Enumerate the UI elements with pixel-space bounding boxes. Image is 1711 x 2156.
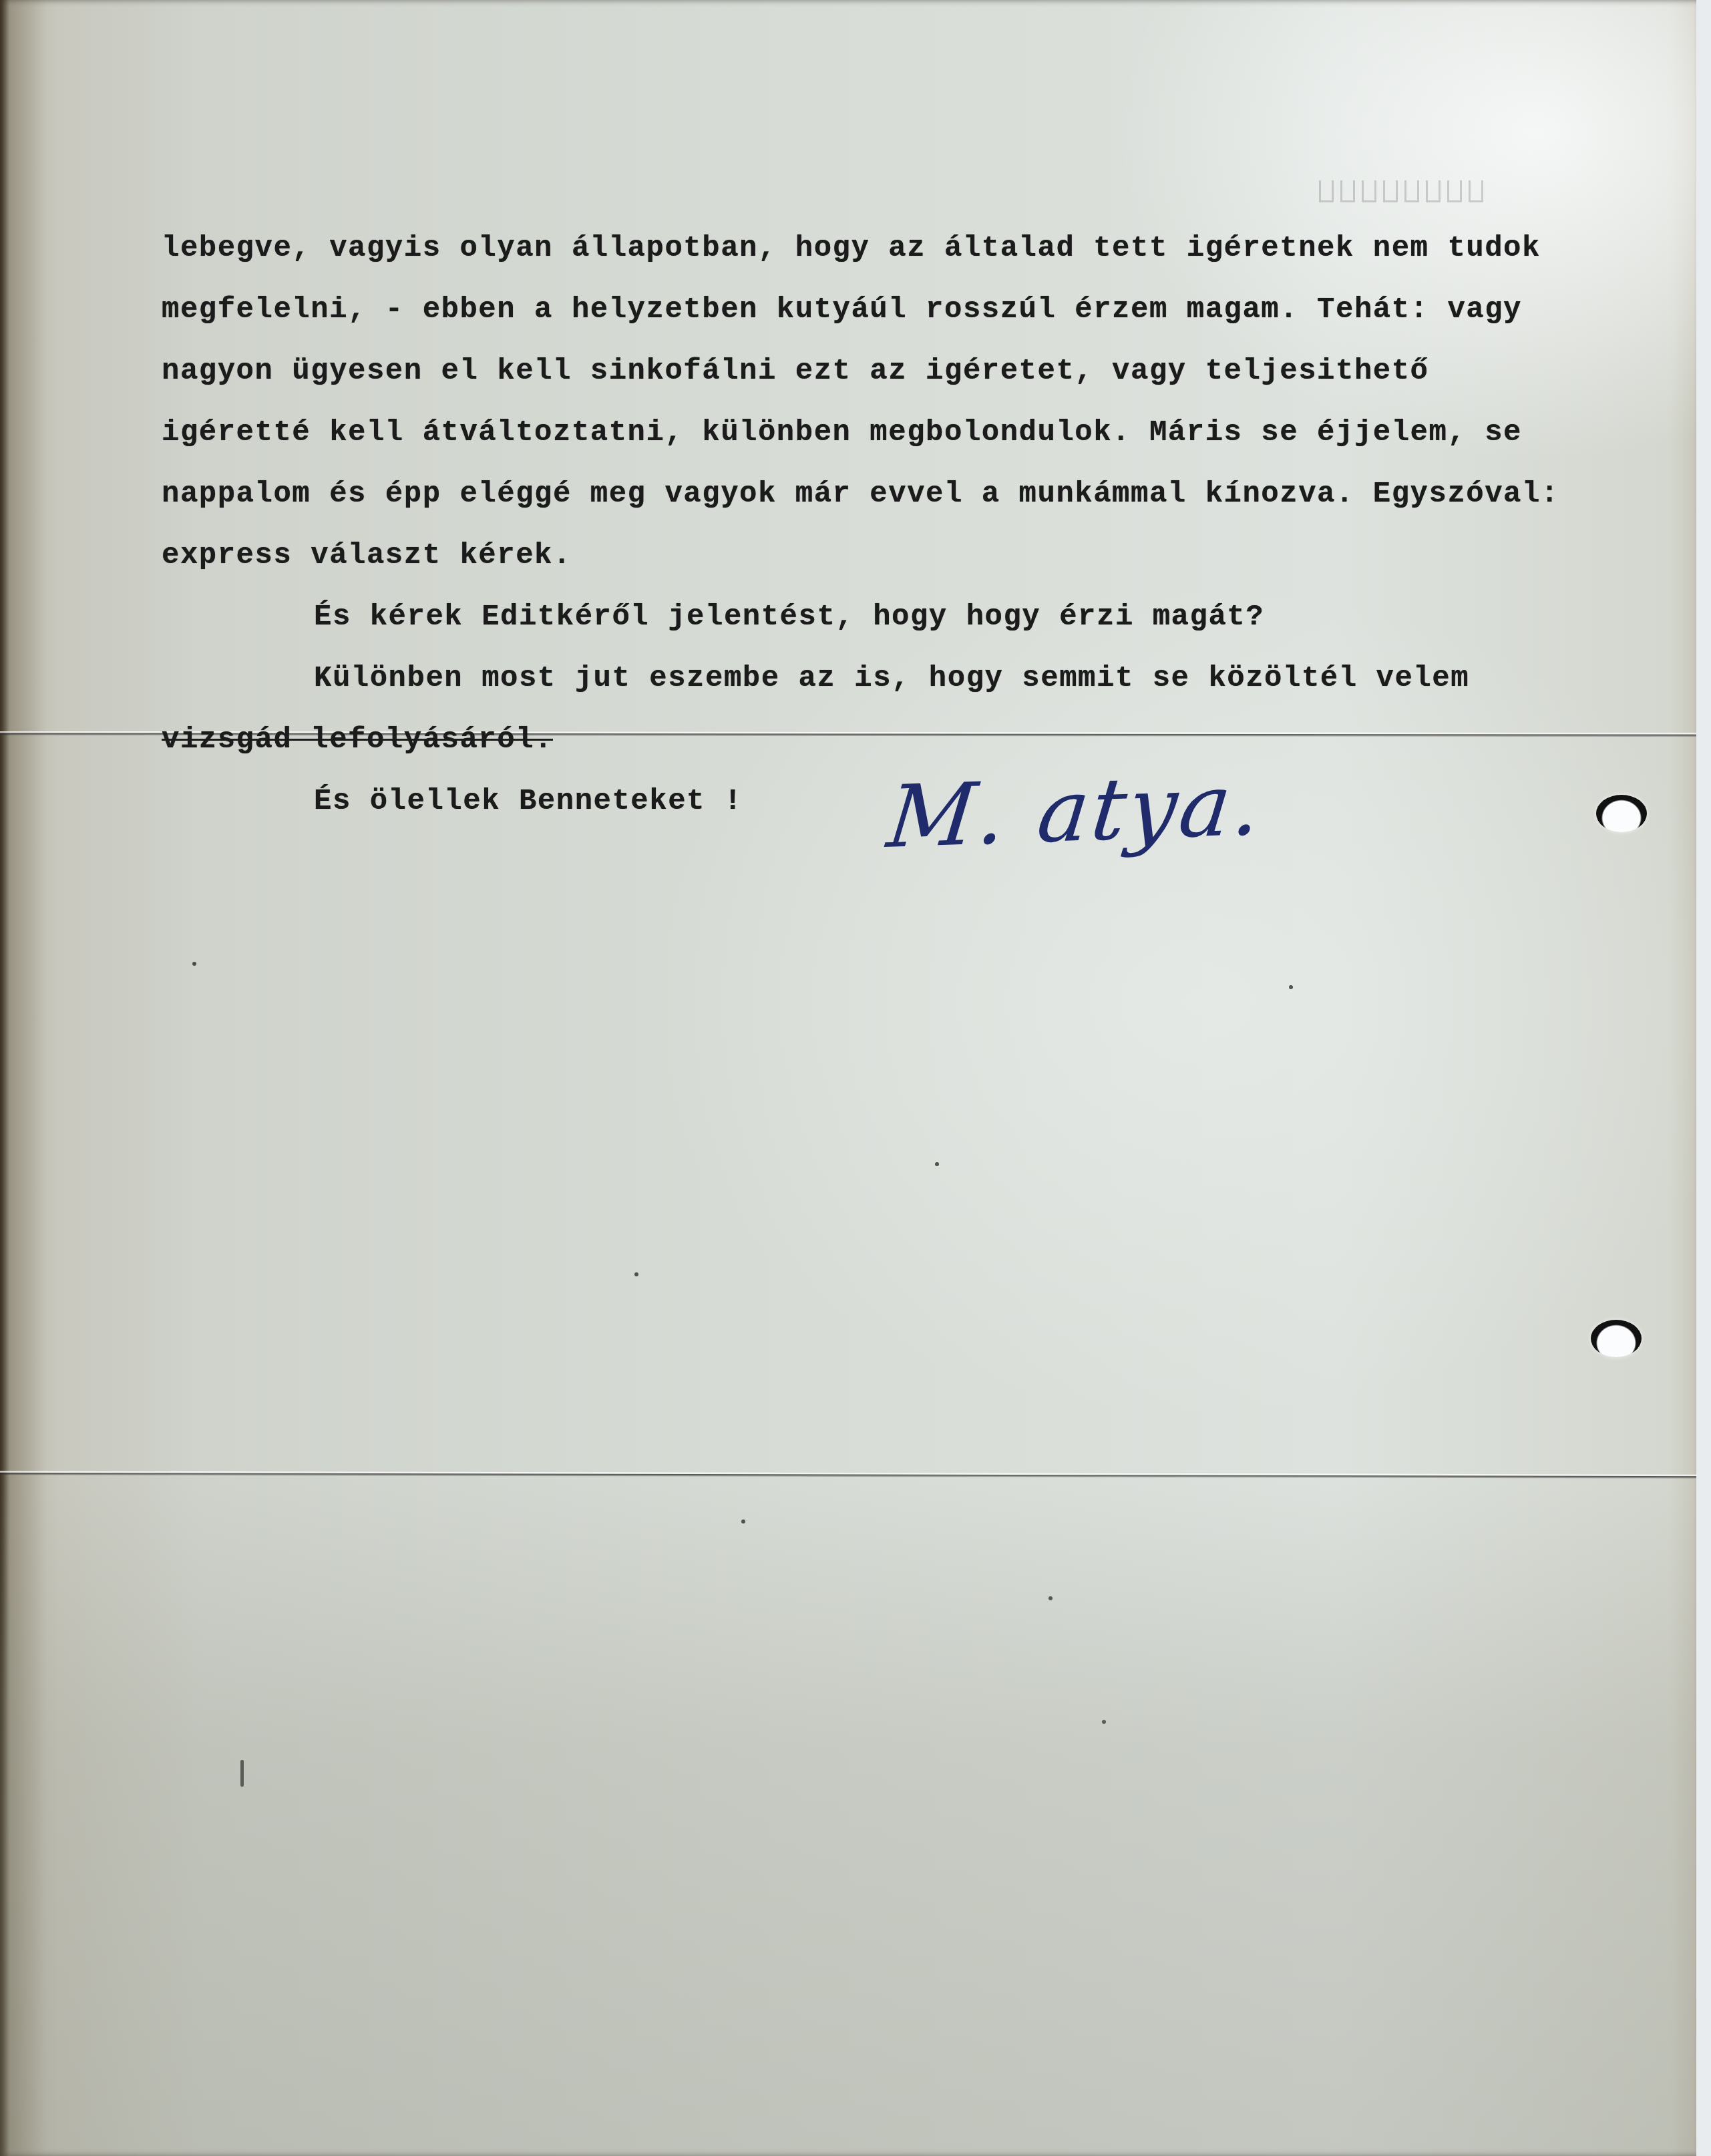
letter-page: lebegve, vagyis olyan állapotban, hogy a… [0,0,1696,2156]
bleed-through-text [1319,180,1519,204]
body-line: igéretté kell átváltoztatni, különben me… [162,402,1597,464]
letter-body: lebegve, vagyis olyan állapotban, hogy a… [162,218,1597,832]
closing-line: És ölellek Benneteket ! [162,771,1597,832]
fold-crease-lower [0,1471,1696,1478]
ink-speck [634,1272,638,1276]
paragraph-exam: Különben most jut eszembe az is, hogy se… [162,648,1597,709]
ink-speck [1289,985,1293,989]
body-line: lebegve, vagyis olyan állapotban, hogy a… [162,218,1597,279]
handwritten-signature: M. atya. [883,755,1268,868]
ink-speck [935,1162,939,1166]
left-edge-stain [0,0,47,2156]
punch-hole-upper [1596,795,1647,832]
paragraph-editke: És kérek Editkéről jelentést, hogy hogy … [162,586,1597,648]
body-line: express választ kérek. [162,525,1597,586]
ink-speck [1102,1720,1106,1724]
ink-speck [240,1760,244,1787]
ink-speck [741,1519,745,1523]
body-line: nagyon ügyesen el kell sinkofálni ezt az… [162,341,1597,402]
ink-speck [192,962,196,966]
body-line: megfelelni, - ebben a helyzetben kutyáúl… [162,279,1597,341]
punch-hole-lower [1591,1320,1642,1357]
body-line: nappalom és épp eléggé meg vagyok már ev… [162,464,1597,525]
continuation-line: vizsgád lefolyásáról. [162,709,1597,771]
ink-speck [1049,1596,1053,1600]
